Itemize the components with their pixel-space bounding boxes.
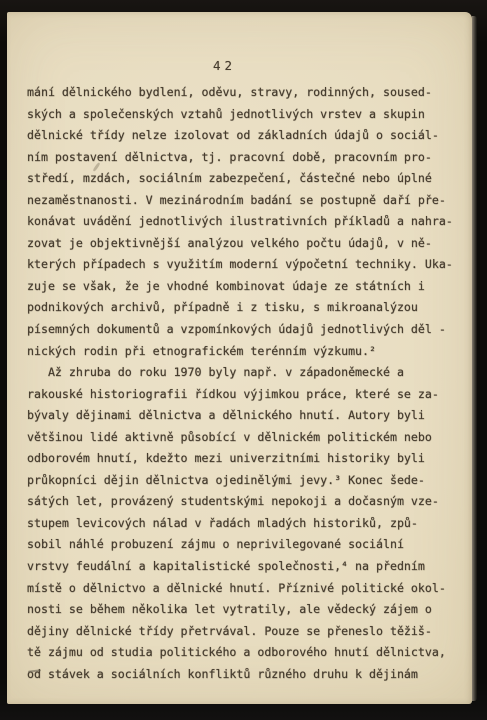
text-line: písemných dokumentů a vzpomínkových údaj… (27, 319, 459, 341)
text-line: dělnické třídy nelze izolovat od základn… (27, 125, 459, 147)
text-line: nezaměstnanosti. V mezinárodním badání s… (27, 190, 459, 212)
page-stack-edge (472, 16, 477, 701)
text-line: sátých let, provázený studentskými nepok… (27, 491, 459, 513)
text-line: sobil náhlé probuzení zájmu o neprivileg… (27, 534, 459, 556)
text-line: ním postavení dělnictva, tj. pracovní do… (27, 147, 459, 169)
text-line: středí, mzdách, sociálním zabezpečení, č… (27, 168, 459, 190)
text-line: zovat je objektivnější analýzou velkého … (27, 233, 459, 255)
text-line: dějiny dělnické třídy přetrvával. Pouze … (27, 621, 459, 643)
page-number: 42 (213, 58, 236, 73)
text-line: tě zájmu od studia politického a odborov… (27, 642, 459, 664)
text-line: mání dělnického bydlení, oděvu, stravy, … (27, 82, 459, 104)
text-line: místě o dělnictvo a dělnické hnutí. Příz… (27, 578, 459, 600)
text-line: konávat uvádění jednotlivých ilustrativn… (27, 211, 459, 233)
text-line: rakouské historiografii řídkou výjimkou … (27, 384, 459, 406)
text-line: stupem levicových nálad v řadách mladých… (27, 513, 459, 535)
text-line: průkopníci dějin dělnictva ojedinělými j… (27, 470, 459, 492)
book-page: 42 mání dělnického bydlení, oděvu, strav… (7, 12, 472, 704)
text-line: vrstvy feudální a kapitalistické společn… (27, 556, 459, 578)
text-line: odborovém hnutí, kdežto mezi univerzitní… (27, 448, 459, 470)
body-text: mání dělnického bydlení, oděvu, stravy, … (27, 82, 459, 685)
text-line: většinou lidé aktivně působící v dělnick… (27, 427, 459, 449)
text-line: ských a společenských vztahů jednotlivýc… (27, 104, 459, 126)
text-line: zuje se však, že je vhodné kombinovat úd… (27, 276, 459, 298)
text-line: Až zhruba do roku 1970 byly např. v zápa… (27, 362, 459, 384)
text-line: bývaly dějinami dělnictva a dělnického h… (27, 405, 459, 427)
text-line: podnikových archivů, případně i z tisku,… (27, 297, 459, 319)
text-line: nosti se během několika let vytratily, a… (27, 599, 459, 621)
text-line: nických rodin při etnografickém terénním… (27, 341, 459, 363)
scanned-page-background: 42 mání dělnického bydlení, oděvu, strav… (0, 0, 487, 720)
text-line: kterých případech s využitím moderní výp… (27, 254, 459, 276)
text-line: od stávek a sociálních konfliktů různého… (27, 664, 459, 686)
